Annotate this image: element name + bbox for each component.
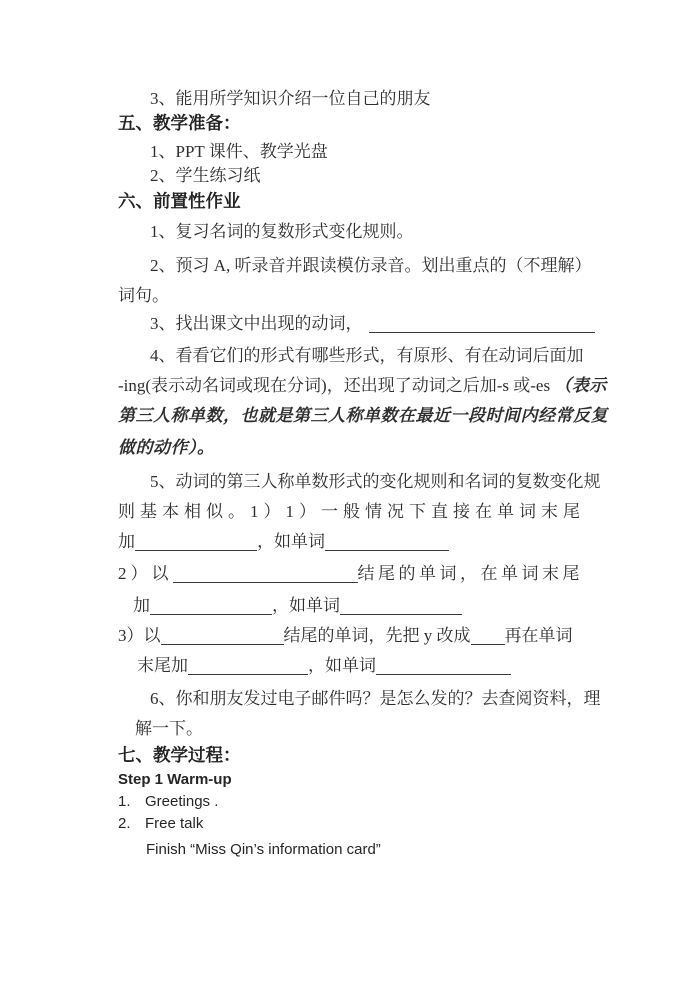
fill-in-blank: [376, 661, 511, 675]
text-run: 七、教学过程：: [118, 745, 241, 765]
step-1-item-2-sub: Finish “Miss Qin’s information card”: [118, 841, 588, 863]
document-page: 3、能用所学知识介绍一位自己的朋友 五、教学准备： 1、PPT 课件、教学光盘 …: [0, 0, 695, 982]
text-run: 3）以: [118, 626, 161, 645]
text-run: ，如单词: [257, 532, 325, 551]
list-number: 1.: [118, 793, 145, 812]
text-run: 6、你和朋友发过电子邮件吗？是怎么发的？去查阅资料，理: [150, 689, 601, 708]
task-4-line-3: 第三人称单数，也就是第三人称单数在最近一段时间内经常反复: [118, 405, 588, 437]
task-4-line-4: 做的动作）。: [118, 437, 588, 471]
step-1-item-1: 1.Greetings .: [118, 793, 588, 815]
text-run: 5、动词的第三人称单数形式的变化规则和名词的复数变化规: [150, 472, 601, 491]
goal-item-3: 3、能用所学知识介绍一位自己的朋友: [118, 88, 588, 113]
text-run: Free talk: [145, 815, 203, 832]
section-heading-prep: 五、教学准备：: [118, 113, 588, 141]
emphasis-run: 第三人称单数，也就是第三人称单数在最近一段时间内经常反复: [118, 406, 608, 425]
text-run: 2、预习 A, 听录音并跟读模仿录音。划出重点的（不理解）: [150, 256, 592, 275]
text-run: -ing(表示动名词或现在分词)，还出现了动词之后加-s 或-es: [118, 376, 554, 395]
text-run: 2）以: [118, 564, 173, 583]
text-run: Greetings .: [145, 793, 218, 810]
task-2-line-2: 词句。: [118, 285, 588, 313]
task-1: 1、复习名词的复数形式变化规则。: [118, 221, 588, 255]
text-run: 加: [118, 532, 135, 551]
fill-in-blank: [150, 601, 272, 615]
section-heading-process: 七、教学过程：: [118, 745, 588, 771]
fill-in-blank: [340, 601, 462, 615]
text-run: Step 1 Warm-up: [118, 771, 232, 788]
prep-item-1: 1、PPT 课件、教学光盘: [118, 141, 588, 165]
fill-in-blank: [471, 631, 505, 645]
rule-3-line-1: 3）以结尾的单词，先把 y 改成再在单词: [118, 625, 588, 655]
text-run: 末尾加: [137, 656, 188, 675]
rule-2-line-1: 2）以结尾的单词，在单词末尾: [118, 563, 588, 595]
task-2-line-1: 2、预习 A, 听录音并跟读模仿录音。划出重点的（不理解）: [118, 255, 588, 285]
text-run: 再在单词: [505, 626, 573, 645]
text-run: 解一下。: [135, 719, 203, 738]
text-run: 五、教学准备：: [118, 113, 241, 133]
emphasis-run: （表示: [554, 376, 607, 395]
fill-in-blank: [173, 569, 358, 583]
rule-1-blanks: 加，如单词: [118, 531, 588, 563]
fill-in-blank: [135, 537, 257, 551]
text-run: 结尾的单词，在单词末尾: [358, 564, 584, 583]
list-number: 2.: [118, 815, 145, 834]
text-run: ，如单词: [272, 596, 340, 615]
text-run: 结尾的单词，先把 y 改成: [284, 626, 471, 645]
text-run: 则基本相似。1）1）一般情况下直接在单词末尾: [118, 502, 585, 521]
fill-in-blank: [161, 631, 284, 645]
task-6-line-1: 6、你和朋友发过电子邮件吗？是怎么发的？去查阅资料，理: [118, 688, 588, 718]
step-1-title: Step 1 Warm-up: [118, 771, 588, 793]
task-6-line-2: 解一下。: [118, 718, 588, 745]
task-5-line-1: 5、动词的第三人称单数形式的变化规则和名词的复数变化规: [118, 471, 588, 501]
rule-2-line-2: 加，如单词: [118, 595, 588, 625]
fill-in-blank: [188, 661, 308, 675]
task-3: 3、找出课文中出现的动词，: [118, 313, 588, 345]
text-run: 3、能用所学知识介绍一位自己的朋友: [150, 89, 431, 108]
fill-in-blank: [369, 319, 595, 333]
emphasis-run: 做的动作）。: [118, 438, 215, 457]
text-run: 1、PPT 课件、教学光盘: [150, 142, 328, 161]
step-1-item-2: 2.Free talk: [118, 815, 588, 841]
text-run: ，如单词: [308, 656, 376, 675]
text-run: 六、前置性作业: [118, 191, 241, 211]
text-run: 4、看看它们的形式有哪些形式，有原形、有在动词后面加: [150, 346, 584, 365]
task-5-line-2: 则基本相似。1）1）一般情况下直接在单词末尾: [118, 501, 588, 531]
section-heading-pre-task: 六、前置性作业: [118, 191, 588, 221]
fill-in-blank: [325, 537, 449, 551]
text-run: 加: [133, 596, 150, 615]
task-4-line-1: 4、看看它们的形式有哪些形式，有原形、有在动词后面加: [118, 345, 588, 375]
task-4-line-2: -ing(表示动名词或现在分词)，还出现了动词之后加-s 或-es （表示: [118, 375, 588, 405]
rule-3-line-2: 末尾加，如单词: [118, 655, 588, 688]
text-run: Finish “Miss Qin’s information card”: [146, 841, 381, 858]
text-run: 3、找出课文中出现的动词，: [150, 314, 363, 333]
text-run: 2、学生练习纸: [150, 166, 261, 185]
document-body: 3、能用所学知识介绍一位自己的朋友 五、教学准备： 1、PPT 课件、教学光盘 …: [118, 88, 588, 863]
prep-item-2: 2、学生练习纸: [118, 165, 588, 191]
text-run: 1、复习名词的复数形式变化规则。: [150, 222, 414, 241]
text-run: 词句。: [118, 286, 169, 305]
